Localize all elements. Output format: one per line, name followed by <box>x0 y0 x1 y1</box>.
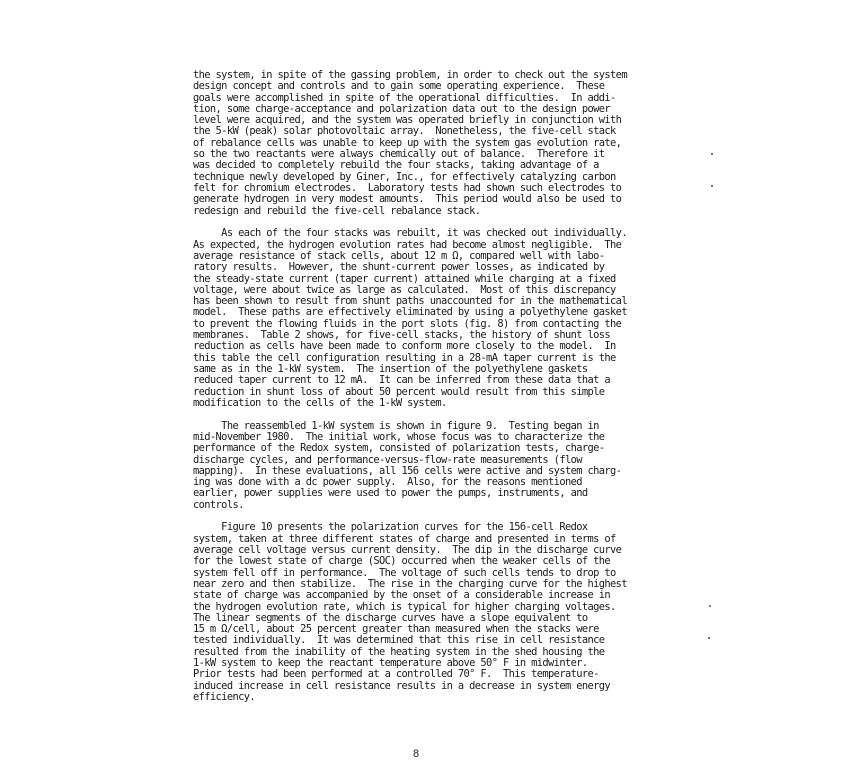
scan-speck <box>709 605 711 607</box>
scan-speck <box>711 185 713 187</box>
page-number: 8 <box>413 748 419 760</box>
paragraph-3: The reassembled 1-kW system is shown in … <box>193 421 663 511</box>
paragraph-2: As each of the four stacks was rebuilt, … <box>193 228 663 409</box>
scan-speck <box>708 637 710 639</box>
document-body: the system, in spite of the gassing prob… <box>193 70 663 703</box>
paragraph-1: the system, in spite of the gassing prob… <box>193 70 663 217</box>
paragraph-4: Figure 10 presents the polarization curv… <box>193 522 663 703</box>
scan-speck <box>711 153 713 155</box>
paragraph-gap <box>193 409 663 421</box>
